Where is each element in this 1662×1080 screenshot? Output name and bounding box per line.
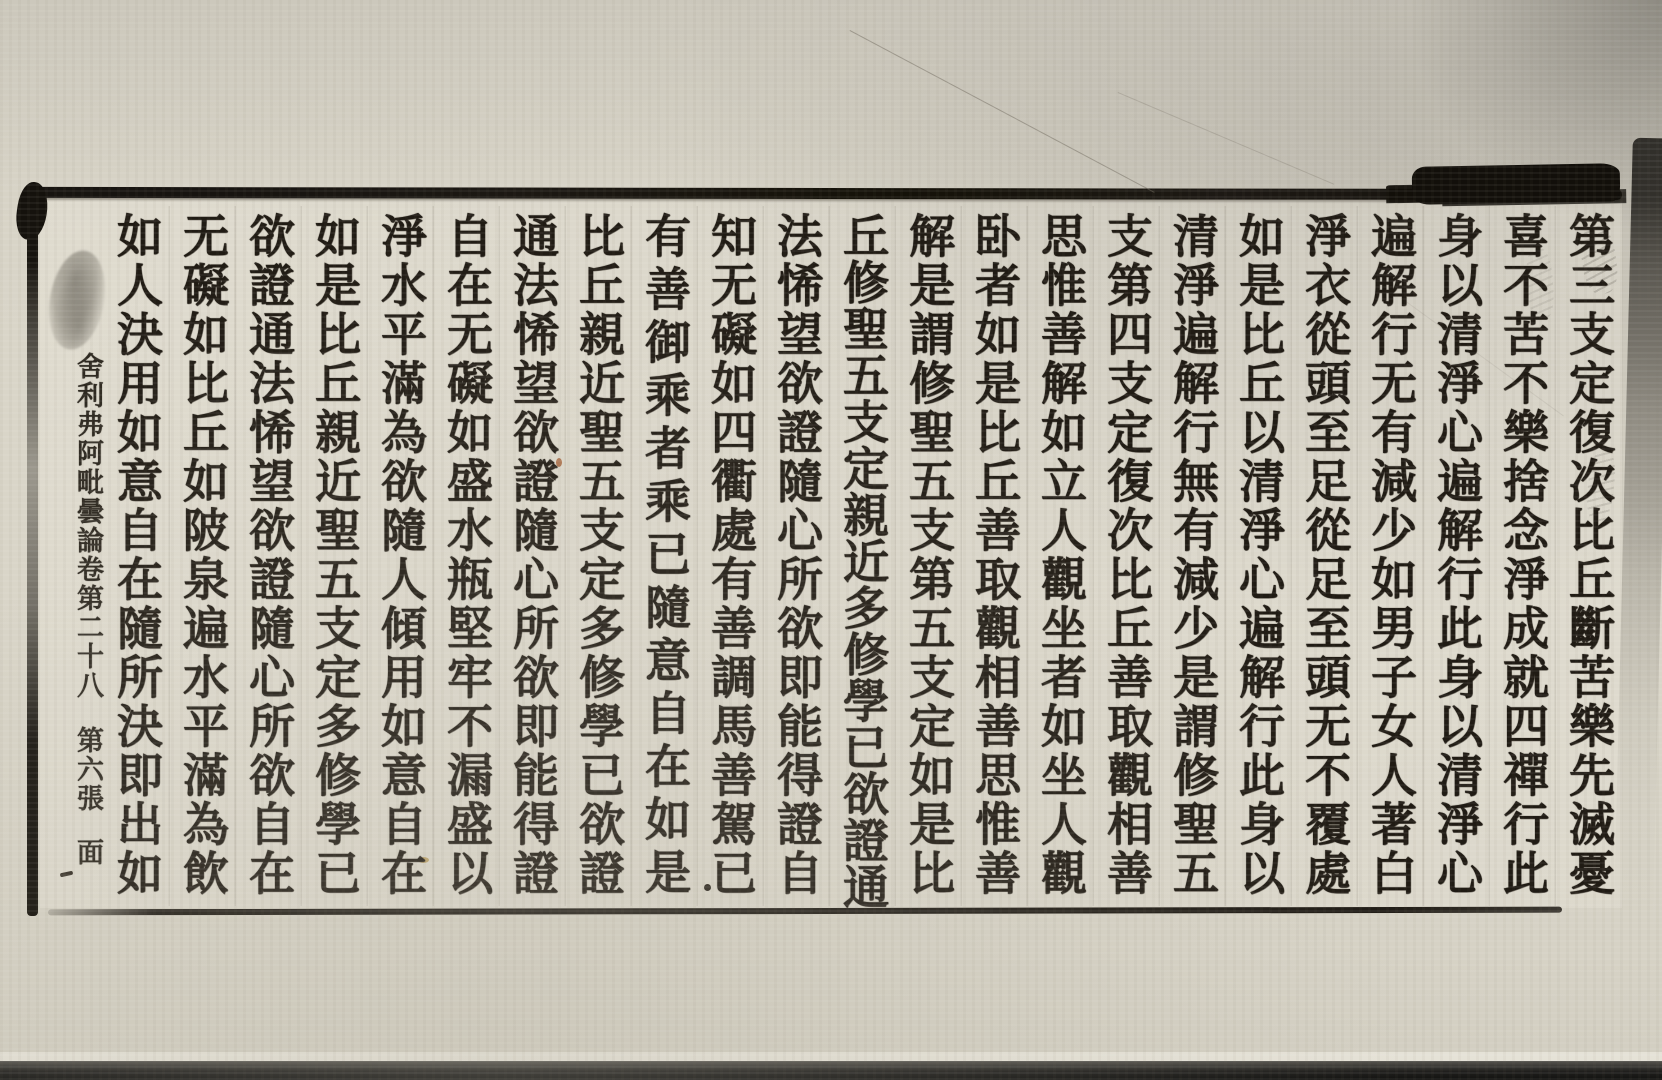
- text-column-9: 思惟善解如立人觀坐者如坐人觀: [1035, 212, 1087, 912]
- text-column-15: 有善御乘者乘已隨意自在如是: [639, 212, 691, 912]
- colophon-side-label: 面: [62, 838, 104, 867]
- ink-blob-top-right: [1412, 163, 1621, 205]
- text-column-17: 通法悕望欲證隨心所欲即能得證: [507, 212, 559, 912]
- text-column-20: 如是比丘親近聖五支定多修學已: [309, 212, 361, 912]
- text-column-5: 淨衣從頭至足從足至頭无不覆處: [1299, 212, 1351, 912]
- text-column-23: 如人決用如意自在隨所決即出如: [111, 212, 163, 912]
- text-column-21: 欲證通法悕望欲證隨心所欲自在: [243, 212, 295, 912]
- text-column-6: 如是比丘以清淨心遍解行此身以: [1233, 212, 1285, 912]
- text-column-13: 法悕望欲證隨心所欲即能得證自: [771, 212, 823, 912]
- text-column-11: 解是謂修聖五支第五支定如是比: [903, 212, 955, 912]
- text-column-3: 身以清淨心遍解行此身以清淨心: [1431, 212, 1483, 912]
- scan-edge-shadow: [0, 1061, 1662, 1080]
- woodblock-print-scan: { "paper_color": "#d8d4c7", "ink_color":…: [0, 0, 1662, 1080]
- colophon-scroll-title: 舍利弗阿毗曇論卷第二十八: [62, 352, 104, 700]
- text-column-8: 支第四支定復次比丘善取觀相善: [1101, 212, 1153, 912]
- colophon-sheet-number: 第六張: [62, 726, 104, 813]
- text-column-1: 第三支定復次比丘斷苦樂先滅憂: [1563, 212, 1615, 912]
- text-column-19: 淨水平滿為欲隨人傾用如意自在: [375, 212, 427, 912]
- text-column-4: 遍解行无有減少如男子女人著白: [1365, 212, 1417, 912]
- text-column-14: 知无礙如四衢處有善調馬善駕已: [705, 212, 757, 912]
- text-column-18: 自在无礙如盛水瓶堅牢不漏盛以: [441, 212, 493, 912]
- frame-top-border: [30, 187, 1622, 200]
- text-column-2: 喜不苦不樂捨念淨成就四禪行此: [1497, 212, 1549, 912]
- frame-left-border: [27, 194, 38, 916]
- text-column-22: 无礙如比丘如陂泉遍水平滿為飲: [177, 212, 229, 912]
- text-column-7: 清淨遍解行無有減少是謂修聖五: [1167, 212, 1219, 912]
- text-column-16: 比丘親近聖五支定多修學已欲證: [573, 212, 625, 912]
- text-column-10: 卧者如是比丘善取觀相善思惟善: [969, 212, 1021, 912]
- text-column-12: 丘修聖五支定親近多修學已欲證通: [837, 212, 889, 912]
